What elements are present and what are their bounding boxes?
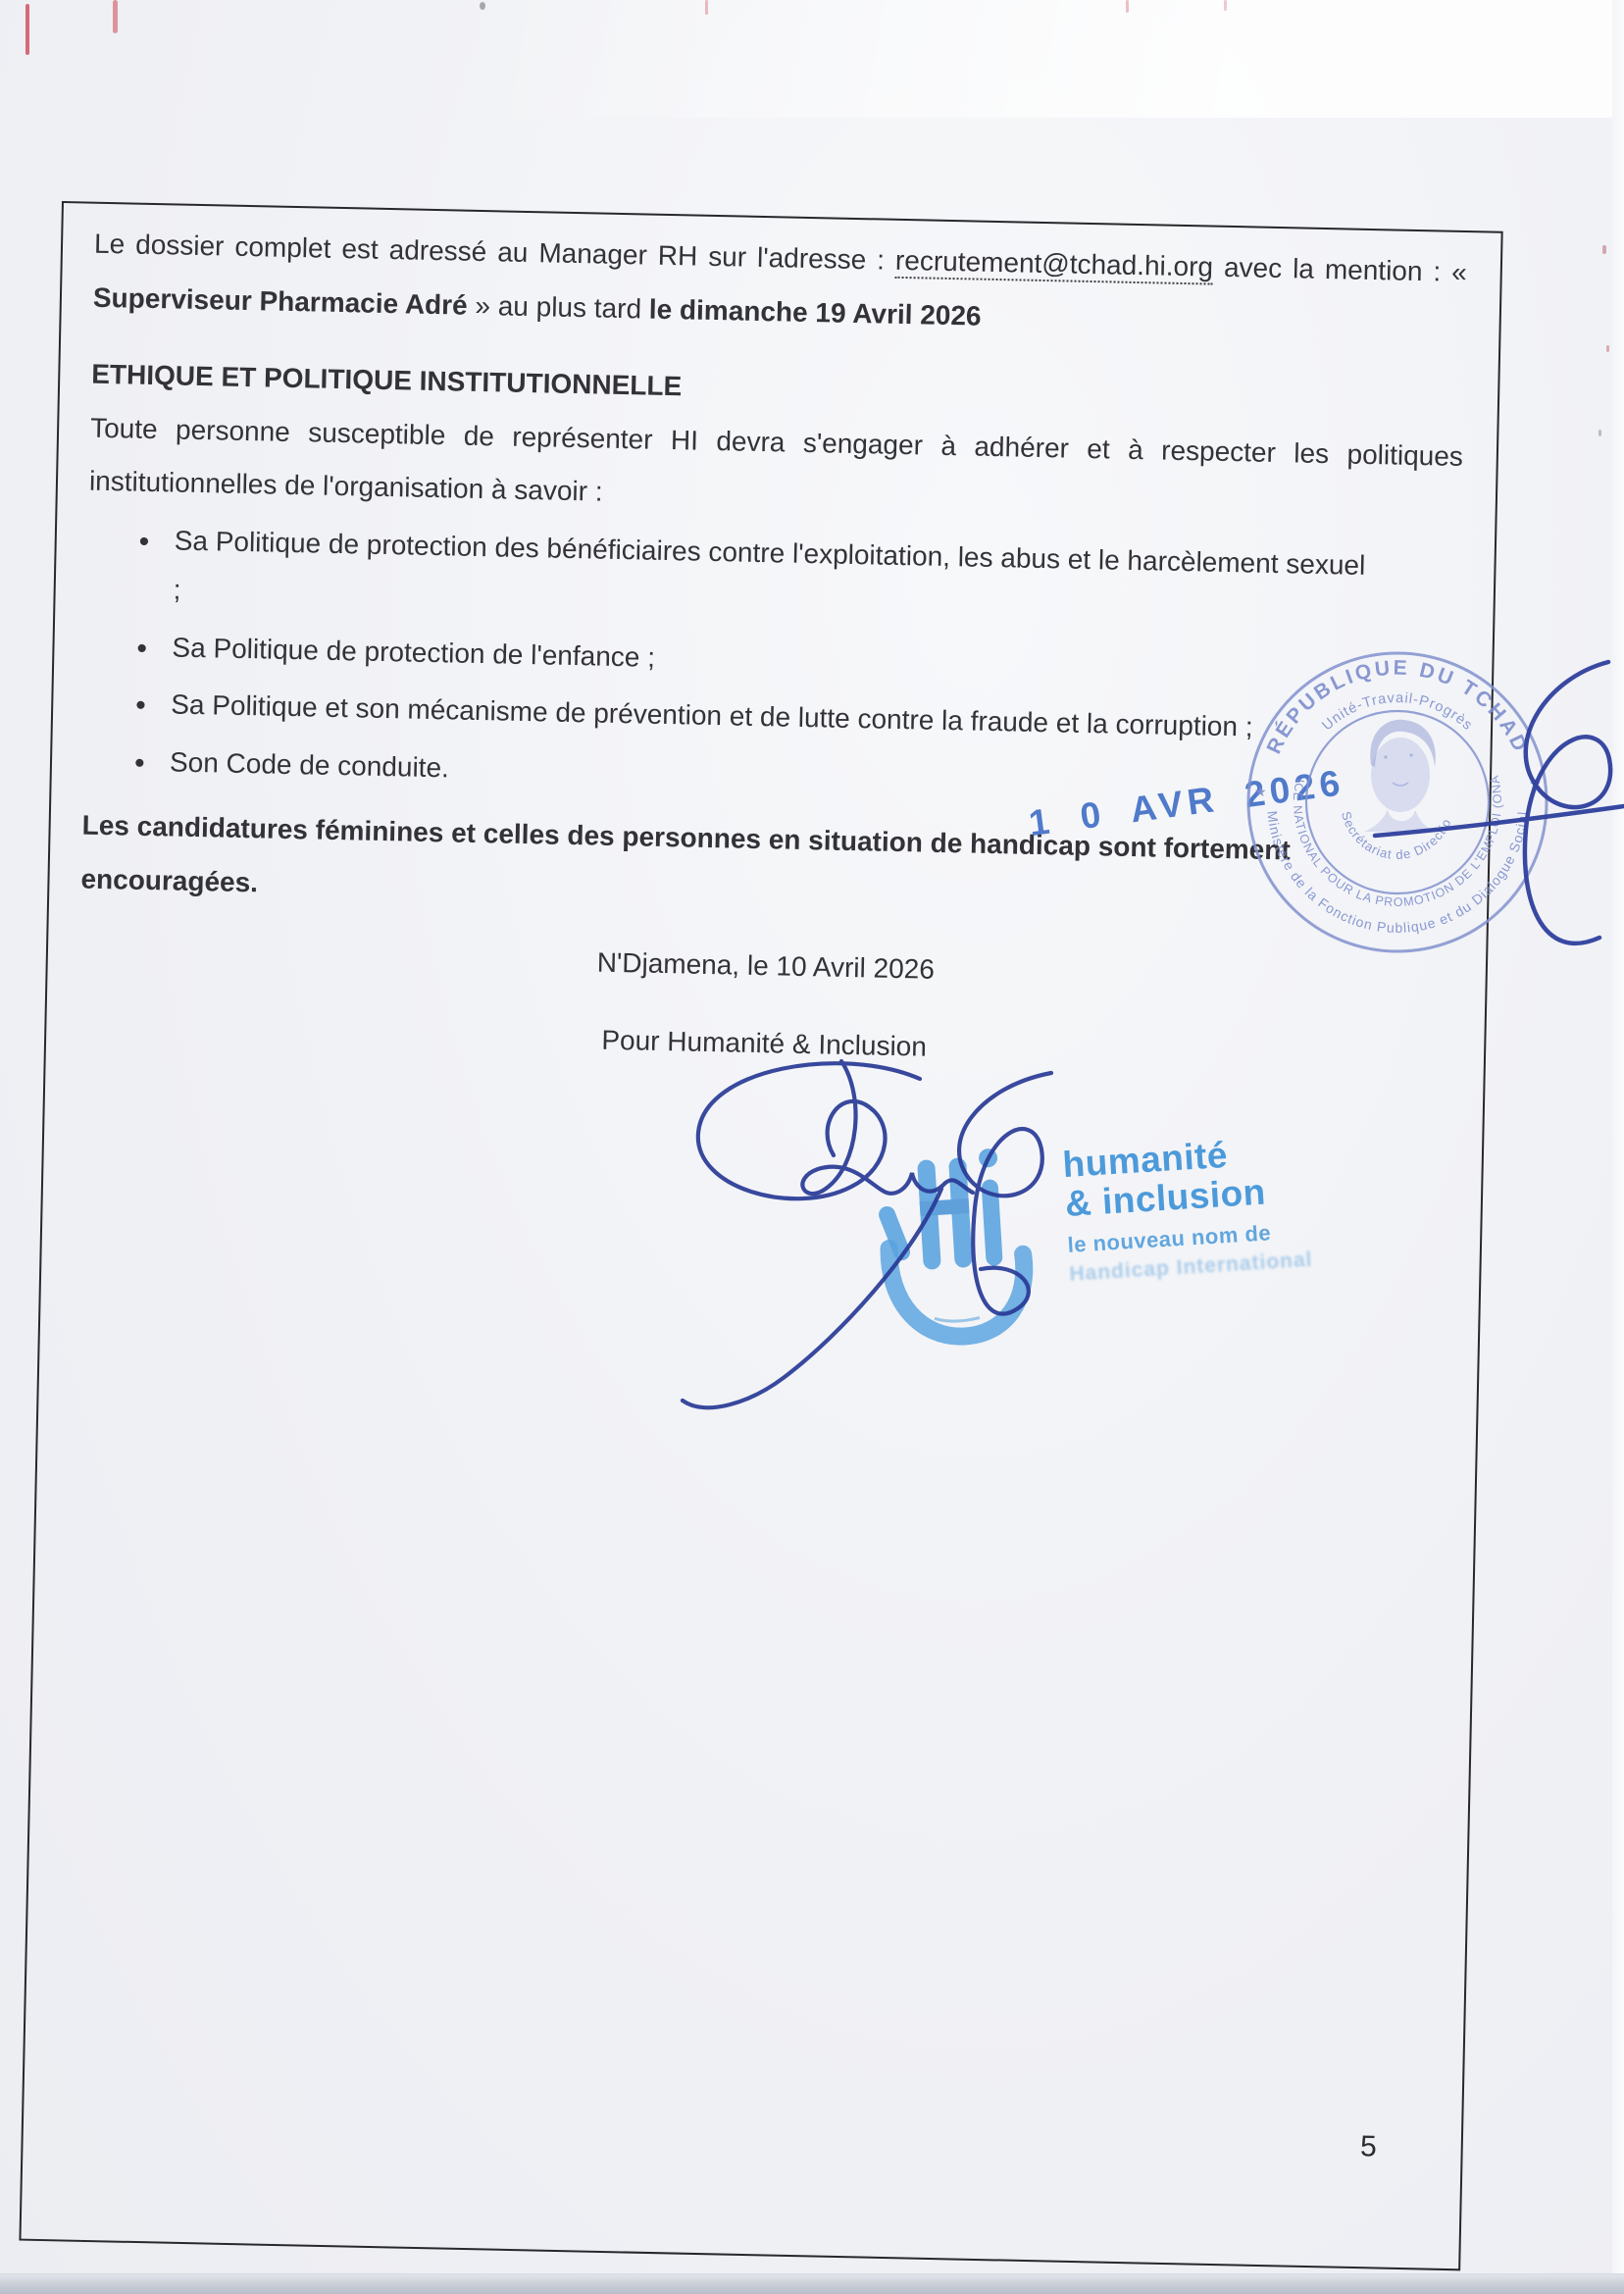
scan-right-edge [1612, 0, 1624, 2294]
scan-bottom-edge [0, 2273, 1624, 2294]
scanned-page: Le dossier complet est adressé au Manage… [0, 0, 1624, 2294]
scan-artifact-speck [1606, 345, 1609, 352]
policy-item: Sa Politique de protection des bénéficia… [173, 516, 1461, 641]
stamp-star-left: ★ [1254, 784, 1267, 799]
page-number: 5 [1359, 2118, 1377, 2176]
stamp-emblem [1364, 720, 1437, 832]
scan-artifact-red [1224, 0, 1227, 11]
onape-round-stamp: RÉPUBLIQUE DU TCHAD Unité-Travail-Progrè… [1211, 628, 1624, 1000]
director-signature [588, 1040, 1138, 1432]
scan-artifact-red [1126, 0, 1129, 13]
scan-artifact-speck [1602, 245, 1606, 254]
scan-artifact-red [705, 0, 708, 15]
application-instructions: Le dossier complet est adressé au Manage… [92, 218, 1467, 353]
scan-artifact-red [25, 4, 29, 55]
scan-artifact-speck [480, 2, 485, 10]
scan-artifact-red [113, 0, 118, 33]
scan-artifact-speck [1599, 430, 1601, 436]
scan-light-sheen [0, 0, 1624, 118]
